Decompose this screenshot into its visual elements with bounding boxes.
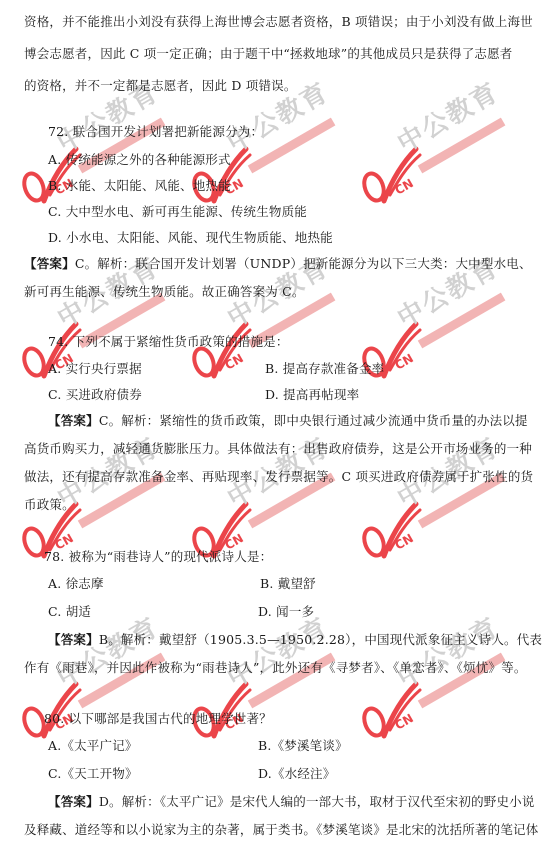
question-74-option-c: C. 买进政府债券 xyxy=(48,387,142,403)
option-key: D. xyxy=(48,230,62,245)
question-72-option-b: B. 水能、太阳能、风能、地热能 xyxy=(48,178,231,194)
option-key: B. xyxy=(258,738,272,753)
question-74-answer: 【答案】C。解析：紧缩性的货币政策，即中央银行通过减少流通中货币量的办法以提 xyxy=(48,413,528,429)
question-80-stem: 80. 以下哪部是我国古代的地理学世著？ xyxy=(44,711,272,727)
question-78-stem: 78. 被称为“雨巷诗人”的现代派诗人是： xyxy=(44,549,272,565)
question-78-option-d: D. 闻一多 xyxy=(258,604,314,620)
question-74-answer-line: 做法，还有提高存款准备金率、再贴现率、发行票据等。C 项买进政府债券属于扩张性的… xyxy=(24,469,533,485)
option-key: B. xyxy=(265,361,279,376)
question-stem: 联合国开发计划署把新能源分为： xyxy=(73,124,264,139)
question-stem: 被称为“雨巷诗人”的现代派诗人是： xyxy=(69,549,273,564)
question-80-option-c: C.《天工开物》 xyxy=(48,766,138,782)
option-key: C. xyxy=(48,604,62,619)
option-text: 提高再帖现率 xyxy=(283,387,359,402)
question-78-option-b: B. 戴望舒 xyxy=(260,576,316,592)
offcn-logo-icon: CN xyxy=(360,680,430,740)
question-80-option-b: B.《梦溪笔谈》 xyxy=(258,738,348,754)
offcn-logo-icon: CN xyxy=(20,680,90,740)
answer-text: C。解析：紧缩性的货币政策，即中央银行通过减少流通中货币量的办法以提 xyxy=(99,413,528,428)
watermark: CN 中公教育 xyxy=(360,290,530,380)
option-key: A. xyxy=(48,738,61,753)
option-text: 胡适 xyxy=(66,604,91,619)
question-72-answer-line: 新可再生能源、传统生物质能。故正确答案为 C。 xyxy=(24,284,305,300)
answer-text: D。解析：《太平广记》是宋代人编的一部大书，取材于汉代至宋初的野史小说 xyxy=(99,794,535,809)
question-stem: 下列不属于紧缩性货币政策的措施是： xyxy=(73,334,289,349)
option-key: D. xyxy=(258,766,272,781)
answer-label: 【答案】 xyxy=(24,256,75,271)
answer-text: C。解析：联合国开发计划署（UNDP）把新能源分为以下三大类：大中型水电、 xyxy=(75,256,532,271)
offcn-logo-icon: CN xyxy=(360,145,430,205)
option-key: C. xyxy=(48,766,62,781)
option-key: B. xyxy=(260,576,274,591)
watermark-brand-text: 中公教育 xyxy=(390,607,506,695)
offcn-logo-icon: CN xyxy=(360,500,430,560)
offcn-logo-icon: CN xyxy=(190,680,260,740)
answer-label: 【答案】 xyxy=(48,632,99,647)
watermark-brand-text: 中公教育 xyxy=(50,607,166,695)
watermark-brand-text: 中公教育 xyxy=(390,72,506,160)
watermark: CN 中公教育 xyxy=(360,115,530,205)
svg-text:CN: CN xyxy=(223,351,246,373)
option-text: 《梦溪笔谈》 xyxy=(272,738,348,753)
question-74-option-a: A. 实行央行票据 xyxy=(48,361,142,377)
watermark-band xyxy=(418,118,506,174)
question-78-option-a: A. 徐志摩 xyxy=(48,576,104,592)
option-text: 徐志摩 xyxy=(66,576,104,591)
question-80-option-a: A.《太平广记》 xyxy=(48,738,138,754)
option-key: D. xyxy=(265,387,279,402)
option-key: D. xyxy=(258,604,272,619)
question-72-stem: 72. 联合国开发计划署把新能源分为： xyxy=(48,124,263,140)
question-stem: 以下哪部是我国古代的地理学世著？ xyxy=(69,711,272,726)
question-72-answer: 【答案】C。解析：联合国开发计划署（UNDP）把新能源分为以下三大类：大中型水电… xyxy=(24,256,532,272)
offcn-logo-icon: CN xyxy=(190,320,260,380)
option-text: 小水电、太阳能、风能、现代生物质能、地热能 xyxy=(66,230,333,245)
question-78-option-c: C. 胡适 xyxy=(48,604,91,620)
question-number: 78. xyxy=(44,549,64,564)
option-key: C. xyxy=(48,387,62,402)
question-74-answer-line: 高货币购买力，减轻通货膨胀压力。具体做法有：出售政府债券，这是公开市场业务的一种 xyxy=(24,441,532,457)
option-text: 闻一多 xyxy=(276,604,314,619)
option-text: 实行央行票据 xyxy=(66,361,142,376)
question-number: 80. xyxy=(44,711,64,726)
option-text: 水能、太阳能、风能、地热能 xyxy=(66,178,231,193)
question-74-stem: 74. 下列不属于紧缩性货币政策的措施是： xyxy=(48,334,289,350)
question-72-option-c: C. 大中型水电、新可再生能源、传统生物质能 xyxy=(48,204,307,220)
question-74-answer-line: 币政策。 xyxy=(24,497,75,513)
option-text: 《太平广记》 xyxy=(61,738,137,753)
option-text: 戴望舒 xyxy=(278,576,316,591)
question-80-option-d: D.《水经注》 xyxy=(258,766,335,782)
question-74-option-b: B. 提高存款准备金率 xyxy=(265,361,384,377)
intro-line: 资格，并不能推出小刘没有获得上海世博会志愿者资格，B 项错误；由于小刘没有做上海… xyxy=(24,14,533,30)
intro-line: 博会志愿者，因此 C 项一定正确；由于题干中“拯救地球”的其他成员只是获得了志愿… xyxy=(24,46,513,62)
option-key: A. xyxy=(48,152,61,167)
option-key: B. xyxy=(48,178,62,193)
answer-text: B。解析：戴望舒（1905.3.5—1950.2.28），中国现代派象征主义诗人… xyxy=(99,632,542,647)
question-74-option-d: D. 提高再帖现率 xyxy=(265,387,359,403)
svg-text:CN: CN xyxy=(393,711,416,733)
option-key: C. xyxy=(48,204,62,219)
question-78-answer-line: 作有《雨巷》，并因此作被称为“雨巷诗人”，此外还有《寻梦者》、《单恋者》、《烦忧… xyxy=(24,660,527,676)
question-72-option-d: D. 小水电、太阳能、风能、现代生物质能、地热能 xyxy=(48,230,333,246)
question-78-answer: 【答案】B。解析：戴望舒（1905.3.5—1950.2.28），中国现代派象征… xyxy=(48,632,542,648)
option-text: 《天工开物》 xyxy=(62,766,138,781)
document-page: CN 中公教育 CN 中公教育 CN 中公教育 CN 中公教育 xyxy=(0,0,550,848)
question-80-answer-line: 及释藏、道经等和以小说家为主的杂著，属于类书。《梦溪笔谈》是北宋的沈括所著的笔记… xyxy=(24,822,538,838)
option-text: 大中型水电、新可再生能源、传统生物质能 xyxy=(66,204,307,219)
svg-text:CN: CN xyxy=(393,176,416,198)
svg-text:CN: CN xyxy=(393,351,416,373)
option-text: 提高存款准备金率 xyxy=(283,361,385,376)
question-72-option-a: A. 传统能源之外的各种能源形式 xyxy=(48,152,231,168)
option-key: A. xyxy=(48,361,61,376)
intro-line: 的资格，并不一定都是志愿者，因此 D 项错误。 xyxy=(24,78,297,94)
option-text: 《水经注》 xyxy=(272,766,336,781)
watermark-brand-text: 中公教育 xyxy=(220,607,336,695)
option-text: 传统能源之外的各种能源形式 xyxy=(66,152,231,167)
answer-label: 【答案】 xyxy=(48,413,99,428)
svg-text:CN: CN xyxy=(393,531,416,553)
watermark-band xyxy=(418,293,506,349)
question-number: 74. xyxy=(48,334,68,349)
option-key: A. xyxy=(48,576,61,591)
option-text: 买进政府债券 xyxy=(66,387,142,402)
answer-label: 【答案】 xyxy=(48,794,99,809)
question-number: 72. xyxy=(48,124,68,139)
question-80-answer: 【答案】D。解析：《太平广记》是宋代人编的一部大书，取材于汉代至宋初的野史小说 xyxy=(48,794,535,810)
